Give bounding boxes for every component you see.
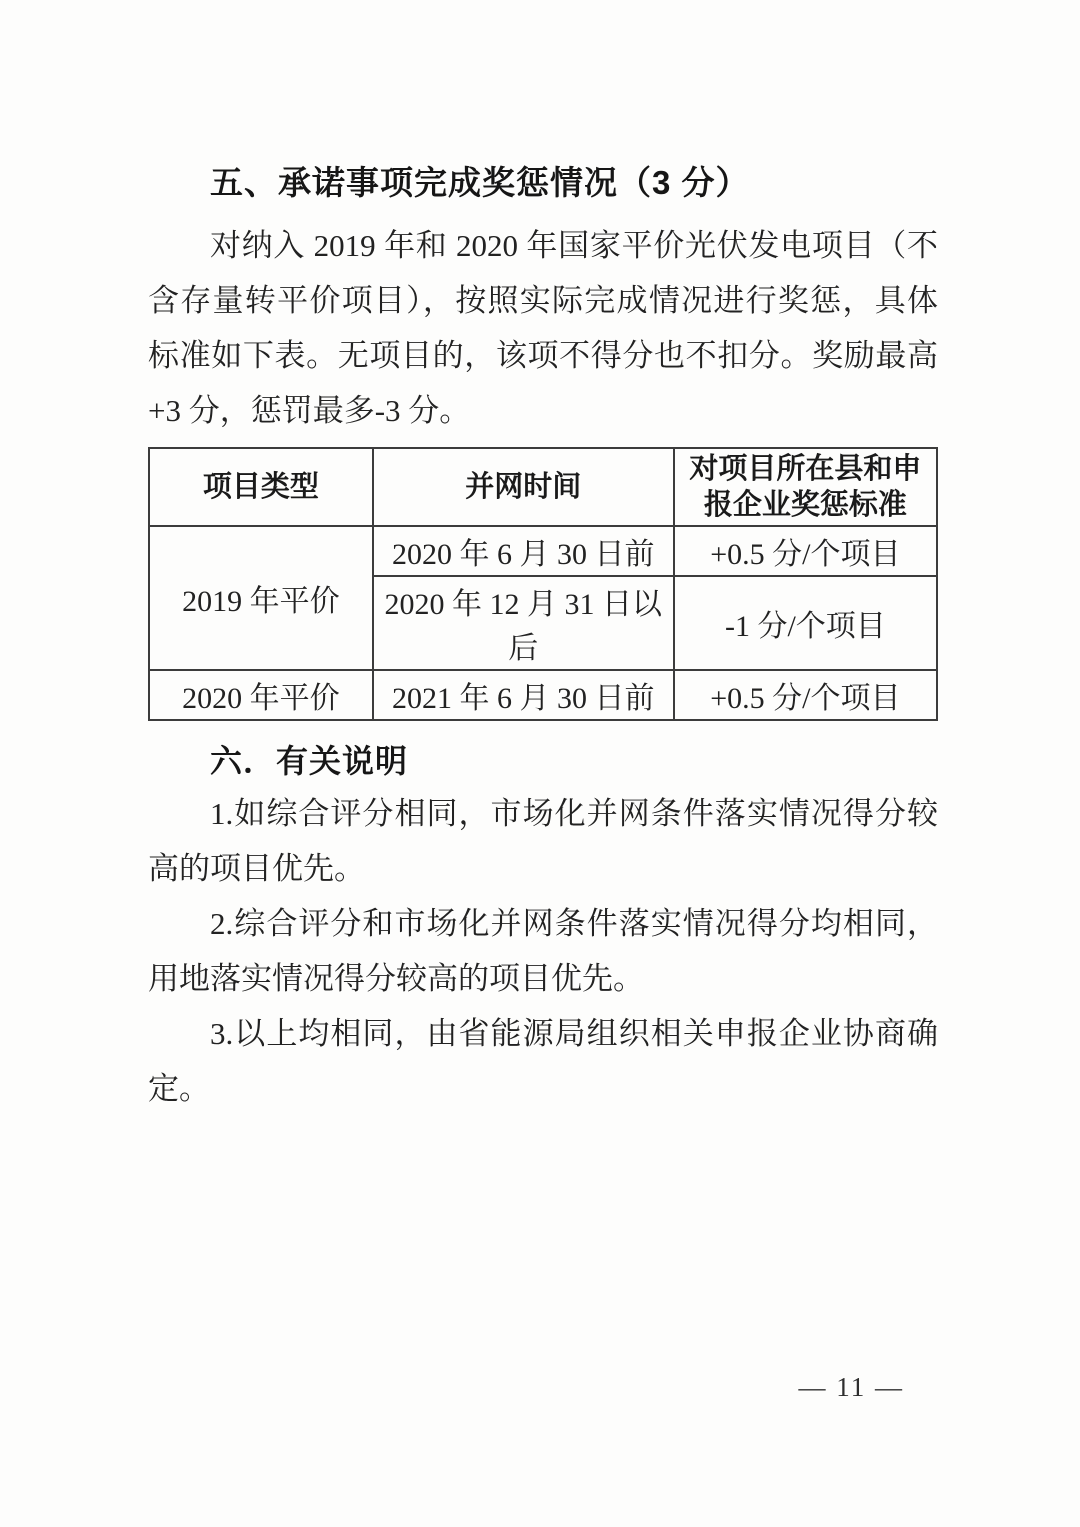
note-item-2: 2.综合评分和市场化并网条件落实情况得分均相同，用地落实情况得分较高的项目优先。 (148, 896, 938, 1006)
cell-grid-time: 2020 年 12 月 31 日以后 (373, 576, 674, 670)
cell-reward-standard: +0.5 分/个项目 (674, 670, 937, 720)
document-content: 五、承诺事项完成奖惩情况（3 分） 对纳入 2019 年和 2020 年国家平价… (148, 158, 938, 1116)
table-row: 2019 年平价 2020 年 6 月 30 日前 +0.5 分/个项目 (149, 526, 937, 576)
header-project-type: 项目类型 (149, 448, 373, 526)
award-penalty-table: 项目类型 并网时间 对项目所在县和申报企业奖惩标准 2019 年平价 2020 … (148, 447, 938, 721)
document-page: 五、承诺事项完成奖惩情况（3 分） 对纳入 2019 年和 2020 年国家平价… (0, 0, 1080, 1527)
table-row: 2020 年平价 2021 年 6 月 30 日前 +0.5 分/个项目 (149, 670, 937, 720)
cell-reward-standard: -1 分/个项目 (674, 576, 937, 670)
header-reward-standard: 对项目所在县和申报企业奖惩标准 (674, 448, 937, 526)
note-item-1: 1.如综合评分相同，市场化并网条件落实情况得分较高的项目优先。 (148, 786, 938, 896)
cell-project-type-2019: 2019 年平价 (149, 526, 373, 670)
cell-reward-standard: +0.5 分/个项目 (674, 526, 937, 576)
table-header-row: 项目类型 并网时间 对项目所在县和申报企业奖惩标准 (149, 448, 937, 526)
section-5-heading: 五、承诺事项完成奖惩情况（3 分） (148, 158, 938, 208)
cell-grid-time: 2021 年 6 月 30 日前 (373, 670, 674, 720)
page-number: — 11 — (799, 1372, 905, 1403)
cell-project-type-2020: 2020 年平价 (149, 670, 373, 720)
section-6-heading: 六．有关说明 (148, 736, 938, 786)
cell-grid-time: 2020 年 6 月 30 日前 (373, 526, 674, 576)
header-grid-connection-time: 并网时间 (373, 448, 674, 526)
note-item-3: 3.以上均相同，由省能源局组织相关申报企业协商确定。 (148, 1006, 938, 1116)
section-5-paragraph: 对纳入 2019 年和 2020 年国家平价光伏发电项目（不含存量转平价项目），… (148, 218, 938, 438)
